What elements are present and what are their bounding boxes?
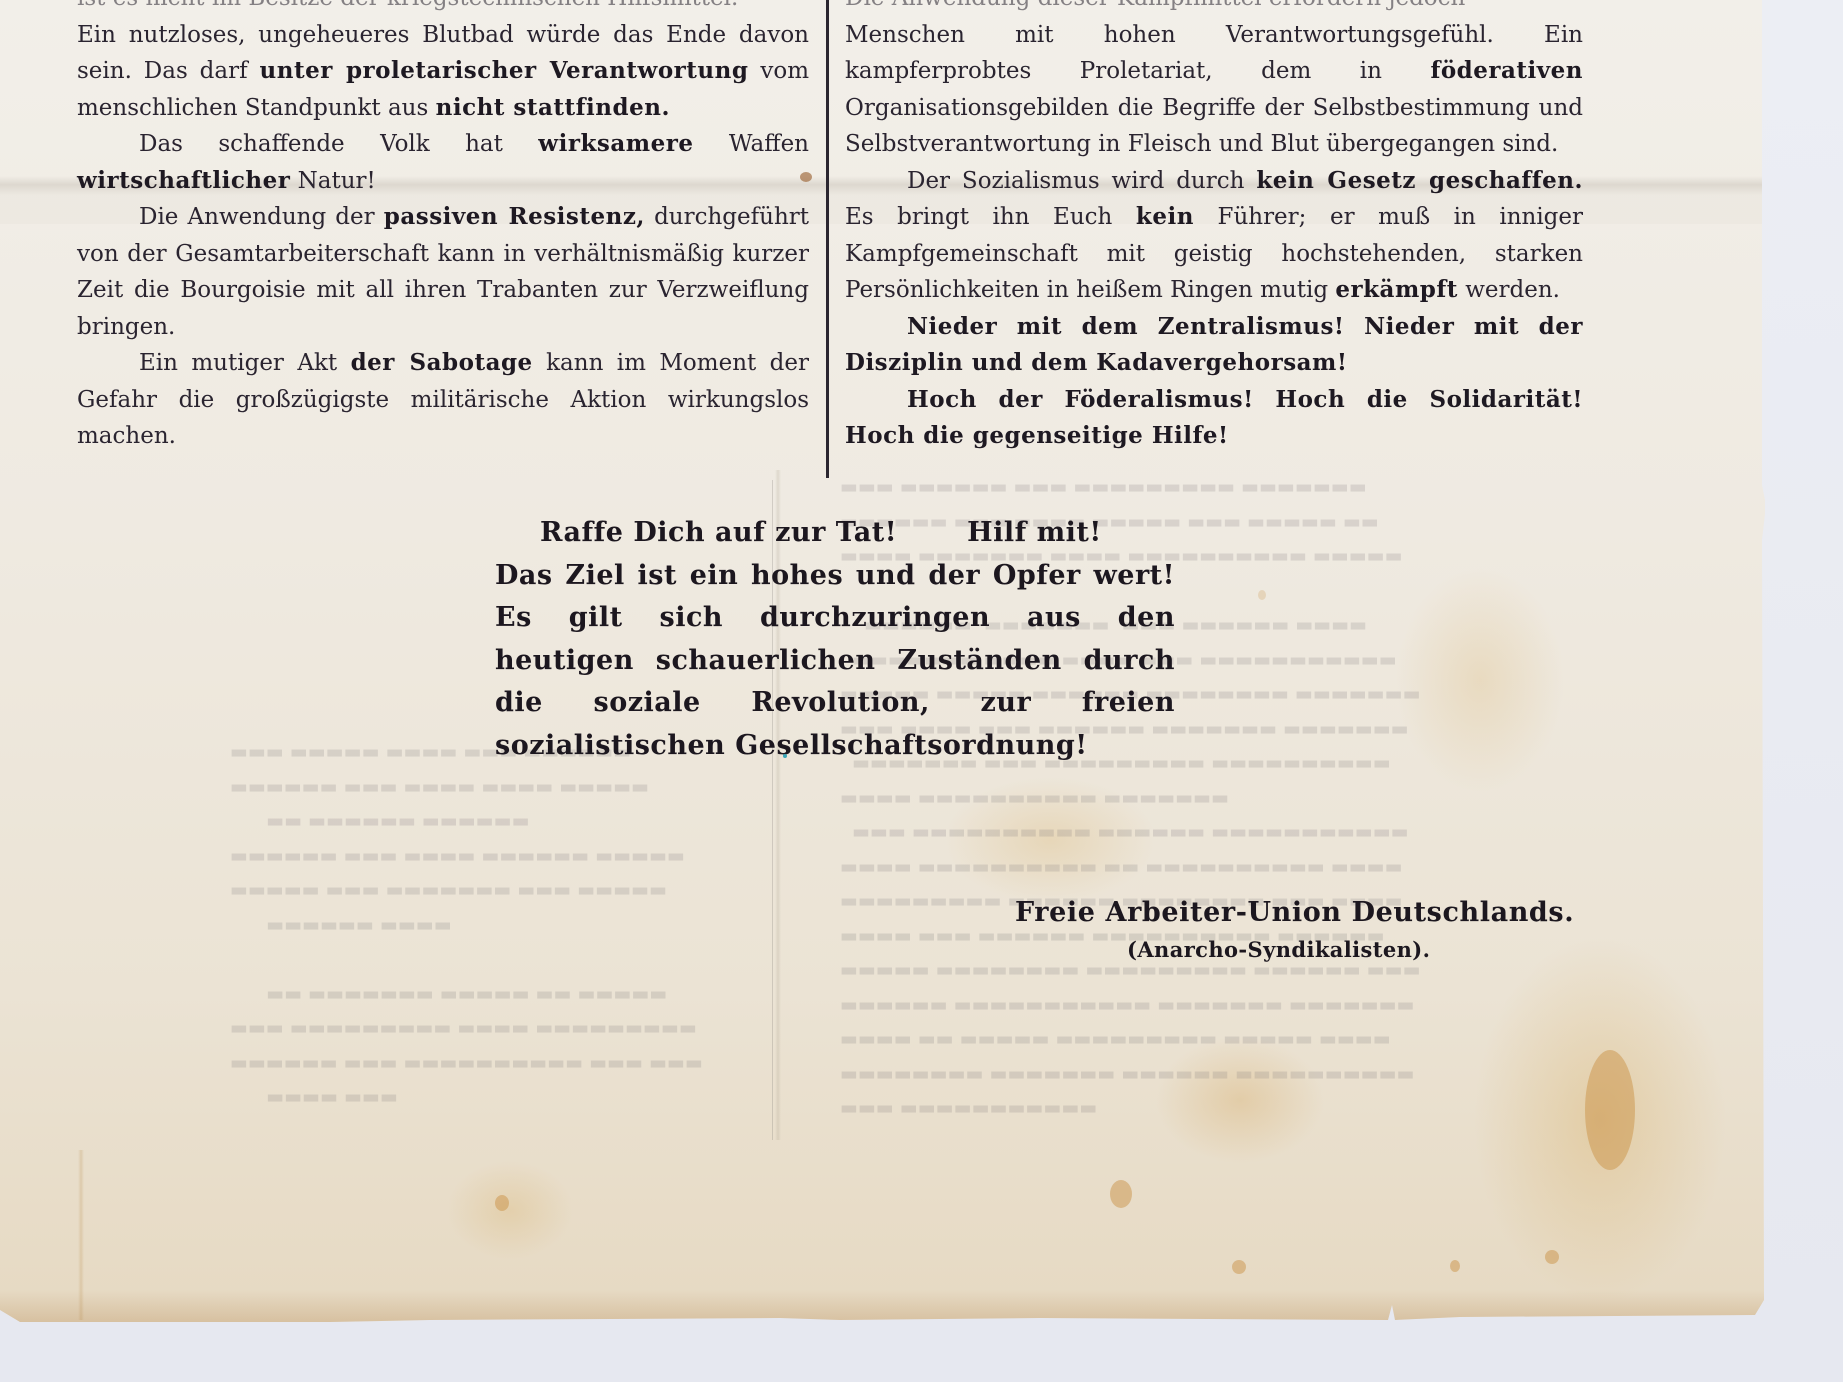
emphasized-text: wirksamere [538, 130, 693, 157]
column-rule [826, 0, 829, 478]
body-text: Es bringt ihn Euch [845, 204, 1136, 230]
left-column-paragraph: Die Anwendung der passiven Resistenz, du… [77, 199, 809, 345]
emphasized-text: föderativen [1430, 57, 1583, 84]
right-column-partial-line: Die Anwendung dieser Kampfmittel erforde… [845, 0, 1583, 17]
foxing-spot [1232, 1260, 1246, 1274]
body-text: Ein mutiger Akt [139, 350, 351, 376]
water-stain [1585, 1050, 1635, 1170]
right-column: Die Anwendung dieser Kampfmittel erforde… [845, 2, 1583, 455]
foxing-spot [1450, 1260, 1460, 1272]
left-fold-crease [78, 1150, 84, 1320]
foxing-spot [1110, 1180, 1132, 1208]
left-column-paragraphs: Ein nutzloses, ungeheueres Blutbad würde… [77, 17, 809, 455]
body-text: werden. [1458, 277, 1560, 303]
body-text: Waffen [693, 131, 809, 157]
call-to-action-body: Das Ziel ist ein hohes und der Opfer wer… [495, 555, 1175, 768]
emphasized-text: nicht stattfinden. [436, 94, 670, 121]
emphasized-text: wirtschaftlicher [77, 167, 290, 194]
ink-speck [783, 754, 787, 758]
body-text: Der Sozialismus wird durch [907, 168, 1256, 194]
emphasized-text: kein Gesetz geschaffen. [1256, 167, 1583, 194]
emphasized-text: unter proletarischer Verantwortung [260, 57, 749, 84]
leaflet-paper: ▬▬▬ ▬▬▬▬▬ ▬▬▬▬ ▬▬▬ ▬▬▬▬▬▬ ▬▬▬▬▬▬ ▬▬▬ ▬▬▬… [0, 0, 1765, 1322]
right-column-paragraph: Der Sozialismus wird durch kein Gesetz g… [845, 163, 1583, 309]
left-column: ist es nicht im Besitze der kriegstechni… [77, 2, 809, 455]
foxing-spot [1545, 1250, 1559, 1264]
right-column-paragraph: Menschen mit hohen Verantwortungsgefühl.… [845, 17, 1583, 163]
left-column-paragraph: Das schaffende Volk hat wirksamere Waffe… [77, 126, 809, 199]
left-column-paragraph: Ein nutzloses, ungeheueres Blutbad würde… [77, 17, 809, 127]
call-to-action-heading: Raffe Dich auf zur Tat!Hilf mit! [495, 512, 1175, 555]
left-column-partial-line: ist es nicht im Besitze der kriegstechni… [77, 0, 809, 17]
foxing-spot [495, 1195, 509, 1211]
bleed-through-text-left: ▬▬▬ ▬▬▬▬▬ ▬▬▬▬ ▬▬▬ ▬▬▬▬▬▬ ▬▬▬▬▬▬ ▬▬▬ ▬▬▬… [230, 735, 790, 1155]
emphasized-text: der Sabotage [351, 349, 533, 376]
right-column-paragraph: Hoch der Föderalismus! Hoch die Solidari… [845, 382, 1583, 455]
left-column-paragraph: Ein mutiger Akt der Sabotage kann im Mom… [77, 345, 809, 455]
organization-name: Freie Arbeiter-Union Deutschlands. [1015, 893, 1595, 933]
emphasized-text: Hoch der Föderalismus! Hoch die Solidari… [845, 386, 1583, 450]
body-text: Organisationsgebilden die Begriffe der S… [845, 95, 1583, 158]
emphasized-text: Nieder mit dem Zentralismus! Nieder mit … [845, 313, 1583, 377]
body-text: Natur! [290, 168, 375, 194]
emphasized-text: erkämpft [1335, 276, 1458, 303]
emphasized-text: kein [1136, 203, 1194, 230]
foxing-spot [1258, 590, 1266, 600]
right-column-paragraph: Nieder mit dem Zentralismus! Nieder mit … [845, 309, 1583, 382]
body-text: Das schaffende Volk hat [139, 131, 538, 157]
slogan-rise-up: Raffe Dich auf zur Tat! [540, 517, 897, 548]
call-to-action: Raffe Dich auf zur Tat!Hilf mit! Das Zie… [495, 512, 1175, 767]
organization-subtitle: (Anarcho-Syndikalisten). [1015, 933, 1595, 967]
right-column-paragraphs: Menschen mit hohen Verantwortungsgefühl.… [845, 17, 1583, 455]
emphasized-text: passiven Resistenz, [384, 203, 645, 230]
body-text: Die Anwendung der [139, 204, 384, 230]
signature-block: Freie Arbeiter-Union Deutschlands. (Anar… [1015, 893, 1595, 967]
slogan-help: Hilf mit! [967, 517, 1102, 548]
